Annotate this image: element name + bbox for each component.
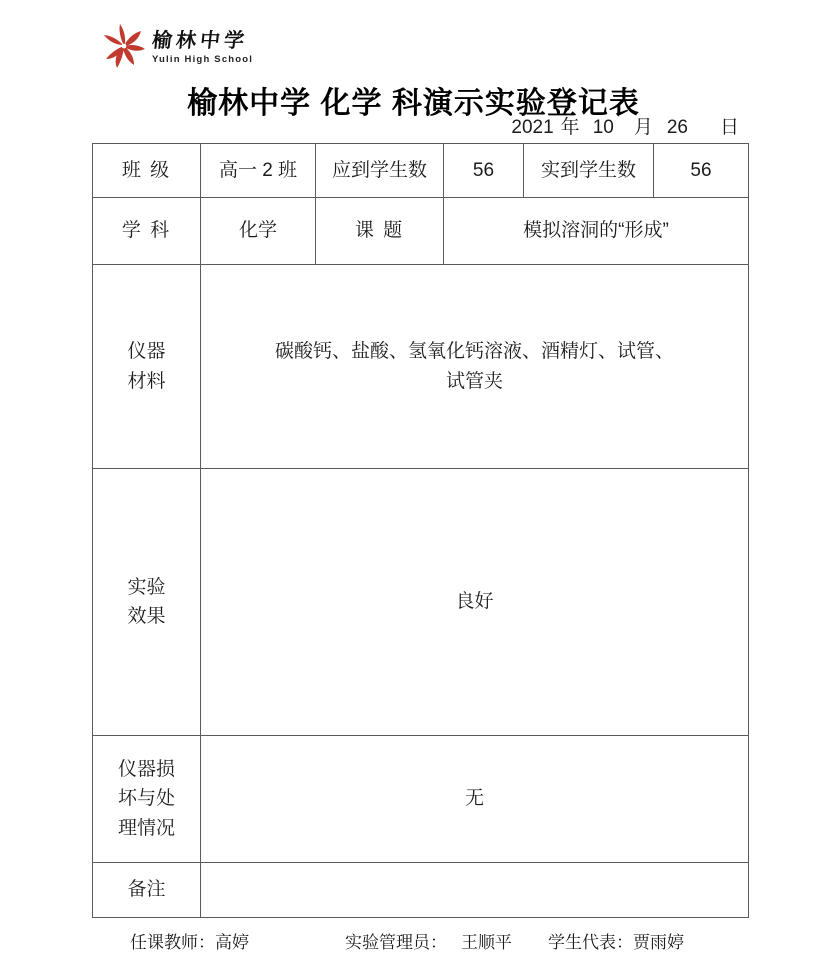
class-label-cell: 班 级 xyxy=(93,144,201,198)
materials-value-cell: 碳酸钙、盐酸、氢氧化钙溶液、酒精灯、试管、 试管夹 xyxy=(201,265,749,469)
table-row-damage: 仪器损 坏与处 理情况 无 xyxy=(93,736,749,863)
materials-label-cell: 仪器 材料 xyxy=(93,265,201,469)
table-row-remarks: 备注 xyxy=(93,863,749,918)
registration-table: 班 级 高一 2 班 应到学生数 56 实到学生数 56 学 科 化学 课 题 … xyxy=(92,143,749,918)
effect-value-cell: 良好 xyxy=(201,469,749,736)
actual-students-value-cell: 56 xyxy=(654,144,749,198)
manager-signature: 实验管理员：王顺平 xyxy=(345,928,512,953)
registration-form-page: 榆林中学 Yulin High School 榆林中学 化学 科演示实验登记表 … xyxy=(0,0,827,971)
school-name-cn: 榆林中学 xyxy=(151,30,254,52)
table-row-materials: 仪器 材料 碳酸钙、盐酸、氢氧化钙溶液、酒精灯、试管、 试管夹 xyxy=(93,265,749,469)
date-year: 2021 xyxy=(511,117,553,138)
table-row-effect: 实验 效果 良好 xyxy=(93,469,749,736)
table-row-class: 班 级 高一 2 班 应到学生数 56 实到学生数 56 xyxy=(93,144,749,198)
student-label: 学生代表： xyxy=(548,933,633,952)
school-logo-flower-icon xyxy=(100,22,148,72)
date-month-label: 月 xyxy=(634,117,653,138)
date-day-label: 日 xyxy=(720,117,739,138)
class-value-cell: 高一 2 班 xyxy=(201,144,316,198)
manager-name: 王顺平 xyxy=(461,933,512,952)
subject-label-cell: 学 科 xyxy=(93,198,201,265)
topic-value-cell: 模拟溶洞的“形成” xyxy=(444,198,749,265)
damage-label-cell: 仪器损 坏与处 理情况 xyxy=(93,736,201,863)
expected-students-label-cell: 应到学生数 xyxy=(316,144,444,198)
date-year-label: 年 xyxy=(561,117,580,138)
remarks-value-cell xyxy=(201,863,749,918)
school-name-en: Yulin High School xyxy=(152,54,253,65)
topic-label-cell: 课 题 xyxy=(316,198,444,265)
school-logo-text: 榆林中学 Yulin High School xyxy=(152,30,253,65)
teacher-name: 高婷 xyxy=(215,933,249,952)
school-logo: 榆林中学 Yulin High School xyxy=(100,22,253,72)
remarks-label-cell: 备注 xyxy=(93,863,201,918)
damage-value-cell: 无 xyxy=(201,736,749,863)
student-signature: 学生代表：贾雨婷 xyxy=(548,928,684,953)
actual-students-label-cell: 实到学生数 xyxy=(524,144,654,198)
student-name: 贾雨婷 xyxy=(633,933,684,952)
effect-label-cell: 实验 效果 xyxy=(93,469,201,736)
teacher-label: 任课教师： xyxy=(130,933,215,952)
expected-students-value-cell: 56 xyxy=(444,144,524,198)
date-month: 10 xyxy=(593,117,614,138)
signature-footer: 任课教师：高婷 实验管理员：王顺平 学生代表：贾雨婷 xyxy=(92,928,748,953)
date-line: 2021年10月26日 xyxy=(511,112,739,139)
manager-label: 实验管理员： xyxy=(345,933,447,952)
subject-value-cell: 化学 xyxy=(201,198,316,265)
date-day: 26 xyxy=(667,117,688,138)
table-row-subject: 学 科 化学 课 题 模拟溶洞的“形成” xyxy=(93,198,749,265)
teacher-signature: 任课教师：高婷 xyxy=(130,928,249,953)
